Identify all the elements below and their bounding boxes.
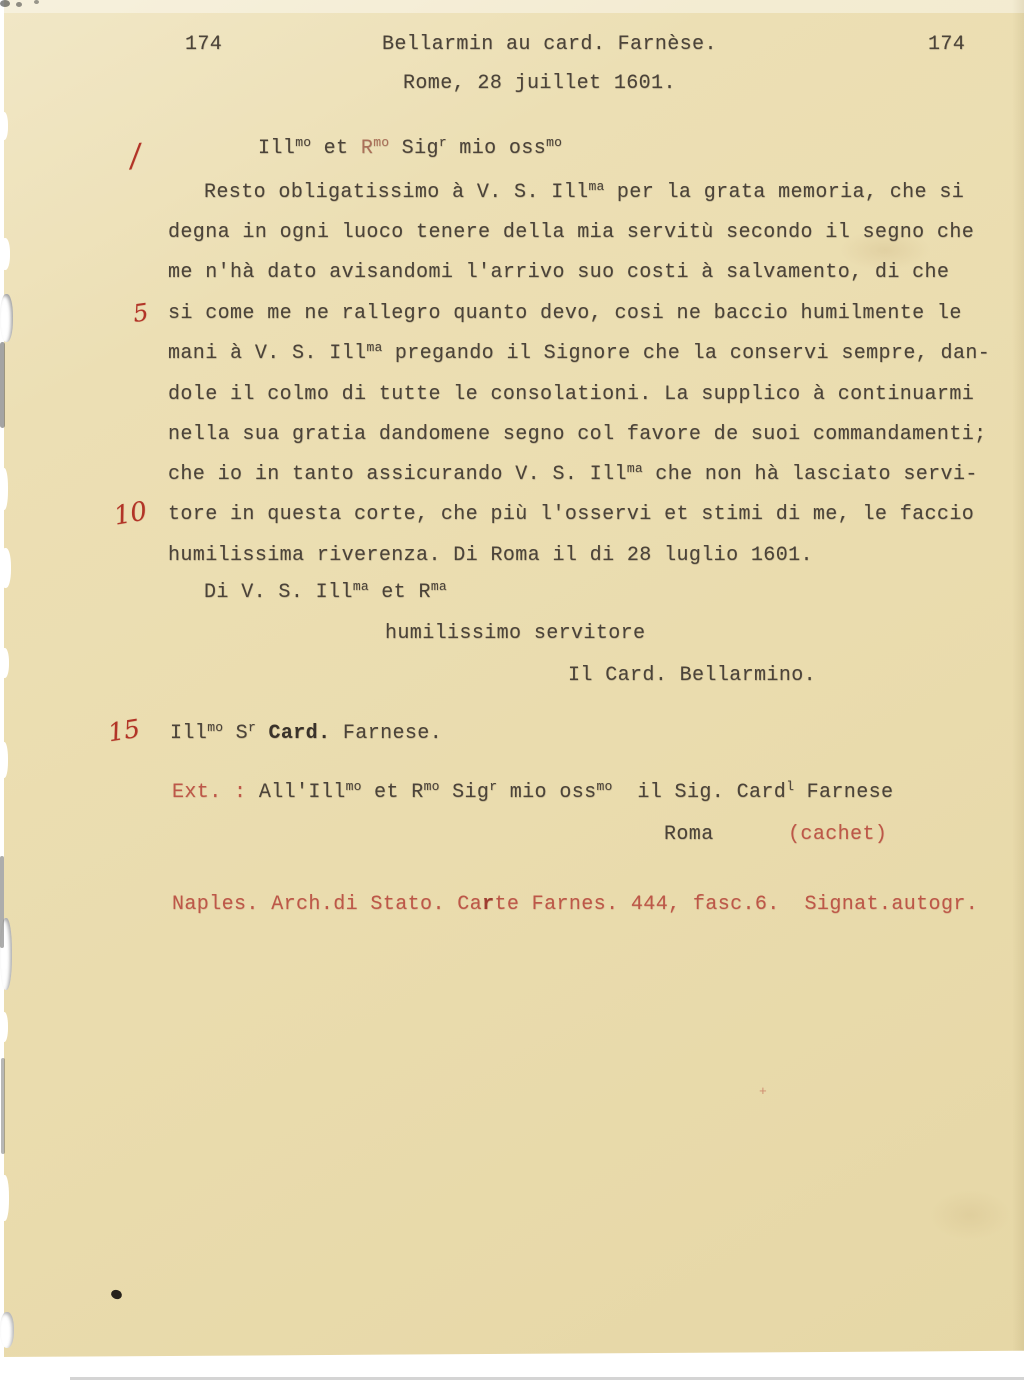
text-segment: Ill (258, 137, 295, 160)
signature-name-line: Il Card. Bellarmino. (568, 664, 816, 687)
page-number-left: 174 (185, 33, 222, 56)
text-segment: te Farnes. 444, fasc.6. Signat.autogr. (494, 893, 978, 916)
text-segment (256, 722, 268, 745)
superscript-text: ma (353, 579, 369, 594)
paper-edge-notch (0, 1312, 14, 1348)
superscript-text: ma (366, 340, 382, 355)
superscript-text: mo (546, 135, 562, 150)
dateline: Rome, 28 juillet 1601. (403, 72, 676, 95)
scan-edge-smudge (1, 1058, 5, 1154)
paper-edge-notch (0, 742, 8, 778)
signature-role-line: humilissimo servitore (385, 622, 645, 645)
margin-line-number-10: 10 (112, 496, 150, 531)
text-segment: Resto obligatissimo à V. S. Ill (204, 181, 588, 204)
body-line: degna in ogni luoco tenere della mia ser… (168, 221, 974, 244)
page-number-right: 174 (928, 33, 965, 56)
address-line: Illmo Sr Card. Farnese. (170, 722, 442, 745)
text-segment: si come me ne rallegro quanto devo, cosi… (168, 302, 962, 325)
text-segment: pregando il Signore che la conservi semp… (382, 342, 990, 365)
superscript-text: r (489, 779, 497, 794)
text-segment: All'Ill (246, 781, 345, 804)
body-line: me n'hà dato avisandomi l'arrivo suo cos… (168, 261, 949, 284)
text-segment: me n'hà dato avisandomi l'arrivo suo cos… (168, 261, 949, 284)
text-segment: Ill (170, 722, 207, 745)
text-segment: Naples. Arch.di Stato. Ca (172, 893, 482, 916)
scan-bottom-edge-line (70, 1377, 1024, 1380)
superscript-text: mo (346, 779, 362, 794)
text-segment: che io in tanto assicurando V. S. Ill (168, 463, 627, 486)
text-segment: humilissima riverenza. Di Roma il di 28 … (168, 544, 813, 567)
text-segment: Sig (389, 137, 439, 160)
text-segment: r (482, 893, 494, 916)
paper-edge-notch (0, 548, 11, 588)
text-segment: che non hà lasciato servi- (643, 463, 978, 486)
cachet-line: Roma (cachet) (664, 823, 887, 846)
superscript-text: mo (207, 720, 223, 735)
text-segment: mio oss (497, 781, 596, 804)
text-segment: mani à V. S. Ill (168, 342, 366, 365)
margin-line-number-15: 15 (106, 714, 142, 748)
text-segment: mio oss (447, 137, 546, 160)
body-line: si come me ne rallegro quanto devo, cosi… (168, 302, 962, 325)
paper-sheet (4, 0, 1024, 1360)
text-segment: Sig (440, 781, 490, 804)
body-line: nella sua gratia dandomene segno col fav… (168, 423, 987, 446)
scan-speck (0, 0, 10, 7)
body-line: mani à V. S. Illma pregando il Signore c… (168, 342, 990, 365)
paper-edge-notch (0, 1012, 8, 1042)
ext-annotation-line: Ext. : All'Illmo et Rmo Sigr mio ossmo i… (172, 781, 893, 804)
body-line: dole il colmo di tutte le consolationi. … (168, 383, 974, 406)
text-segment: Farnese (794, 781, 893, 804)
paper-edge-notch (0, 468, 8, 510)
paper-right-shadow (1012, 0, 1024, 1360)
text-segment: S (223, 722, 248, 745)
paper-edge-notch (0, 238, 10, 270)
closing-line: Di V. S. Illma et Rma (204, 581, 447, 604)
text-segment: et R (369, 581, 431, 604)
text-segment: et (311, 137, 361, 160)
superscript-text: l (786, 779, 794, 794)
paper-edge-notch (0, 112, 8, 140)
superscript-text: ma (627, 461, 643, 476)
plus-mark: + (759, 1084, 767, 1099)
scanned-letter-page: 174 Bellarmin au card. Farnèse. 174 Rome… (0, 0, 1024, 1383)
text-segment: nella sua gratia dandomene segno col fav… (168, 423, 987, 446)
salutation-line: Illmo et Rmo Sigr mio ossmo (258, 137, 562, 160)
text-segment: per la grata memoria, che si (604, 181, 964, 204)
scan-speck (34, 0, 39, 4)
text-segment: Card. (268, 722, 330, 745)
superscript-text: mo (373, 135, 389, 150)
paper-edge-notch (0, 648, 9, 678)
text-segment: dole il colmo di tutte le consolationi. … (168, 383, 974, 406)
text-segment: il Sig. Card (613, 781, 787, 804)
body-line: Resto obligatissimo à V. S. Illma per la… (204, 181, 964, 204)
archive-reference-line: Naples. Arch.di Stato. Carte Farnes. 444… (172, 893, 978, 916)
scan-speck (16, 2, 22, 7)
superscript-text: mo (597, 779, 613, 794)
text-segment: Farnese. (330, 722, 442, 745)
body-line: humilissima riverenza. Di Roma il di 28 … (168, 544, 813, 567)
superscript-text: mo (424, 779, 440, 794)
text-segment: Il Card. Bellarmino. (568, 664, 816, 687)
text-segment: Roma (664, 823, 714, 846)
superscript-text: r (248, 720, 256, 735)
text-segment: humilissimo servitore (385, 622, 645, 645)
body-line: tore in questa corte, che più l'osservi … (168, 503, 974, 526)
superscript-text: mo (295, 135, 311, 150)
paper-edge-notch (0, 1175, 9, 1221)
paper-edge-notch (0, 294, 13, 342)
text-segment: R (361, 137, 373, 160)
body-line: che io in tanto assicurando V. S. Illma … (168, 463, 978, 486)
paper-top-highlight (0, 0, 1024, 13)
superscript-text: r (439, 135, 447, 150)
text-segment: Ext. : (172, 781, 246, 804)
text-segment: Di V. S. Ill (204, 581, 353, 604)
text-segment: degna in ogni luoco tenere della mia ser… (168, 221, 974, 244)
superscript-text: ma (431, 579, 447, 594)
scan-edge-smudge (0, 856, 4, 948)
text-segment: tore in questa corte, che più l'osservi … (168, 503, 974, 526)
text-segment: et R (362, 781, 424, 804)
running-title: Bellarmin au card. Farnèse. (382, 33, 717, 56)
text-segment: (cachet) (788, 823, 887, 846)
scan-edge-smudge (0, 342, 5, 428)
text-segment (714, 823, 788, 846)
superscript-text: ma (588, 179, 604, 194)
